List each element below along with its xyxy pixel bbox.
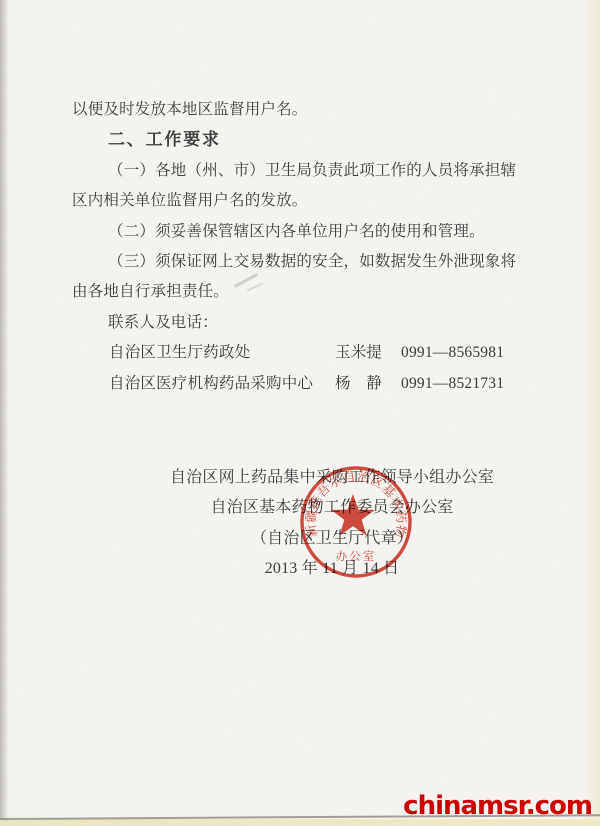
- contact-row: 自治区卫生厅药政处 玉米提 0991—8565981: [72, 338, 512, 368]
- contact-phone: 0991—8521731: [401, 369, 512, 399]
- contact-phone: 0991—8565981: [401, 338, 512, 368]
- item-3-line-1: （三）须保证网上交易数据的安全，如数据发生外泄现象将: [72, 247, 512, 277]
- scanned-document-page: 以便及时发放本地区监督用户名。 二、工作要求 （一）各地（州、市）卫生局负责此项…: [0, 0, 600, 826]
- contact-name: 杨 静: [335, 369, 401, 399]
- document-body: 以便及时发放本地区监督用户名。 二、工作要求 （一）各地（州、市）卫生局负责此项…: [72, 95, 512, 399]
- section-heading: 二、工作要求: [72, 125, 512, 155]
- item-2: （二）须妥善保管辖区内各单位用户名的使用和管理。: [72, 217, 512, 247]
- item-1-line-2: 区内相关单位监督用户名的发放。: [72, 186, 512, 216]
- scan-edge-shadow-left: [0, 0, 9, 826]
- contact-row: 自治区医疗机构药品采购中心 杨 静 0991—8521731: [72, 369, 512, 399]
- item-1-line-1: （一）各地（州、市）卫生局负责此项工作的人员将承担辖: [72, 156, 512, 186]
- contact-name: 玉米提: [335, 338, 401, 368]
- contact-org: 自治区医疗机构药品采购中心: [109, 369, 335, 399]
- scan-edge-tint-right: [584, 0, 600, 826]
- item-3-line-2: 由各地自行承担责任。: [72, 277, 512, 307]
- signature-line-3: （自治区卫生厅代章）: [62, 524, 600, 554]
- date-line: 2013 年 11 月 14 日: [62, 554, 600, 584]
- contact-org: 自治区卫生厅药政处: [109, 338, 335, 368]
- signature-block: 自治区网上药品集中采购工作领导小组办公室 自治区基本药物工作委员会办公室 （自治…: [62, 463, 600, 584]
- contact-heading: 联系人及电话：: [72, 308, 512, 338]
- signature-line-1: 自治区网上药品集中采购工作领导小组办公室: [62, 463, 600, 493]
- signature-line-2: 自治区基本药物工作委员会办公室: [62, 493, 600, 523]
- continued-line: 以便及时发放本地区监督用户名。: [72, 95, 512, 125]
- scan-bottom-strip: [0, 819, 600, 826]
